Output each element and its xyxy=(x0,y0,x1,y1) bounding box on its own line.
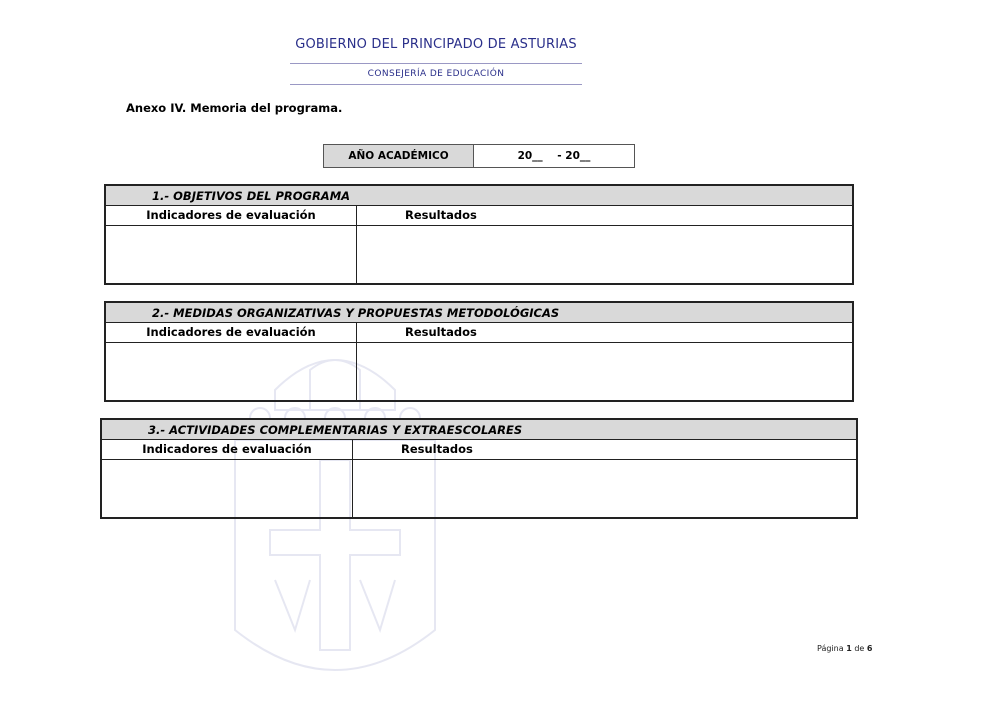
results-field[interactable] xyxy=(357,343,852,402)
academic-year-label: AÑO ACADÉMICO xyxy=(324,145,474,167)
page-separator: de xyxy=(854,644,864,653)
indicators-field[interactable] xyxy=(102,460,353,519)
section-column-headers: Indicadores de evaluación Resultados xyxy=(106,206,852,226)
total-pages: 6 xyxy=(867,644,873,653)
academic-year-field[interactable]: 20__ - 20__ xyxy=(474,145,634,167)
section-input-row xyxy=(106,343,852,402)
column-header-results: Resultados xyxy=(357,323,852,342)
section-organizational-measures: 2.- MEDIDAS ORGANIZATIVAS Y PROPUESTAS M… xyxy=(104,301,854,402)
indicators-field[interactable] xyxy=(106,226,357,285)
column-header-indicators: Indicadores de evaluación xyxy=(106,206,357,225)
page-prefix: Página xyxy=(817,644,844,653)
column-header-results: Resultados xyxy=(353,440,856,459)
government-header-title: GOBIERNO DEL PRINCIPADO DE ASTURIAS xyxy=(290,37,582,52)
header-rule-top xyxy=(290,63,582,64)
academic-year-table: AÑO ACADÉMICO 20__ - 20__ xyxy=(323,144,635,168)
results-field[interactable] xyxy=(353,460,856,519)
column-header-indicators: Indicadores de evaluación xyxy=(106,323,357,342)
column-header-results: Resultados xyxy=(357,206,852,225)
column-header-indicators: Indicadores de evaluación xyxy=(102,440,353,459)
header-rule-bottom xyxy=(290,84,582,85)
section-title: 1.- OBJETIVOS DEL PROGRAMA xyxy=(106,186,852,206)
current-page: 1 xyxy=(846,644,852,653)
section-complementary-activities: 3.- ACTIVIDADES COMPLEMENTARIAS Y EXTRAE… xyxy=(100,418,858,519)
section-title: 3.- ACTIVIDADES COMPLEMENTARIAS Y EXTRAE… xyxy=(102,420,856,440)
annex-title: Anexo IV. Memoria del programa. xyxy=(126,101,342,115)
indicators-field[interactable] xyxy=(106,343,357,402)
section-title: 2.- MEDIDAS ORGANIZATIVAS Y PROPUESTAS M… xyxy=(106,303,852,323)
section-column-headers: Indicadores de evaluación Resultados xyxy=(102,440,856,460)
department-subtitle: CONSEJERÍA DE EDUCACIÓN xyxy=(290,69,582,79)
results-field[interactable] xyxy=(357,226,852,285)
page-number: Página 1 de 6 xyxy=(817,644,872,653)
section-input-row xyxy=(102,460,856,519)
section-input-row xyxy=(106,226,852,285)
section-column-headers: Indicadores de evaluación Resultados xyxy=(106,323,852,343)
section-objectives: 1.- OBJETIVOS DEL PROGRAMA Indicadores d… xyxy=(104,184,854,285)
